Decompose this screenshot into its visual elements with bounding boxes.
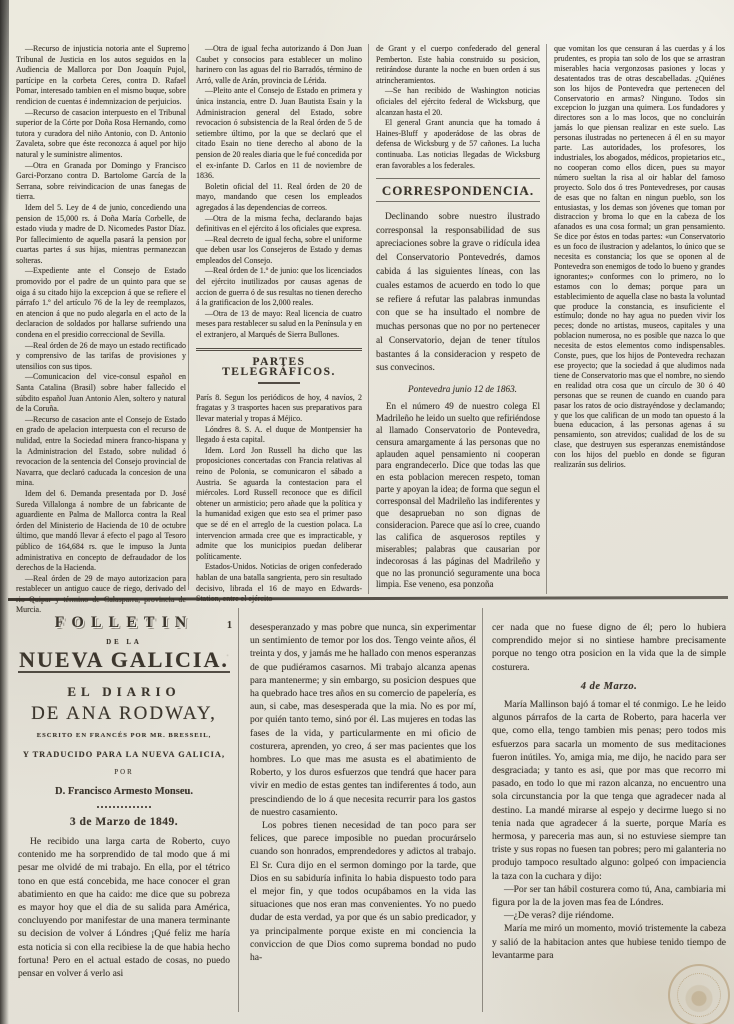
paragraph: —Expediente ante el Consejo de Estado pr…: [16, 266, 186, 340]
paragraph: —Recurso de casacion interpuesto en el T…: [16, 108, 186, 161]
heading-rule: [258, 382, 300, 384]
folletin-masthead-row: FOLLETIN 1: [18, 616, 230, 631]
paragraph: —Pleito ante el Consejo de Estado en pri…: [196, 86, 362, 181]
paragraph: Idem del 5. Ley de 4 de junio, concedien…: [16, 203, 186, 267]
paragraph: —Se han recibido de Washington noticias …: [376, 86, 540, 118]
paragraph: —Otra en Granada por Domingo y Francisco…: [16, 161, 186, 203]
paragraph: —Por ser tan hábil costurera como tú, An…: [492, 883, 726, 909]
telegraph-section-header: PARTES TELEGRÁFICOS.: [196, 348, 362, 384]
paragraph: —Otra de igual fecha autorizando á Don J…: [196, 44, 362, 86]
folletin-column-divider: [482, 608, 483, 1012]
paragraph: Lóndres 8. S. A. el duque de Montpensier…: [196, 425, 362, 446]
paragraph: cer nada que no fuese digno de él; pero …: [492, 621, 726, 674]
news-column-4: que vomitan los que censuran á las cuerd…: [554, 44, 725, 470]
byline-por: POR: [18, 766, 230, 779]
ornament-divider: [97, 806, 151, 808]
news-column-2: —Otra de igual fecha autorizando á Don J…: [196, 44, 362, 605]
heading-rule: [196, 348, 362, 351]
folletin-column-divider: [238, 608, 239, 1012]
telegraph-heading: PARTES TELEGRÁFICOS.: [196, 357, 362, 378]
heading-rule: [376, 201, 540, 202]
paragraph: —Comunicacion del vice-consul español en…: [16, 372, 186, 414]
paragraph: Boletin oficial del 11. Real órden de 20…: [196, 182, 362, 214]
folletin-header: FOLLETIN 1 DE LA NUEVA GALICIA. EL DIARI…: [18, 616, 230, 808]
work-title-line1: EL DIARIO: [18, 685, 230, 698]
translator-name: D. Francisco Armesto Monseu.: [18, 785, 230, 798]
paragraph: que vomitan los que censuran á las cuerd…: [554, 44, 725, 470]
stamp-inner-ring: [677, 973, 721, 1017]
news-column-1: —Recurso de injusticia notoria ante el S…: [16, 44, 186, 616]
correspondence-section-header: CORRESPONDENCIA.: [376, 178, 540, 202]
newspaper-page: —Recurso de injusticia notoria ante el S…: [0, 0, 734, 1024]
folletin-number: 1: [227, 619, 232, 632]
diary-date-heading: 4 de Marzo.: [492, 680, 726, 693]
paragraph: Estados-Unidos. Noticias de origen confe…: [196, 562, 362, 604]
paragraph-list: París 8. Segun los periódicos de hoy, 4 …: [196, 393, 362, 605]
paragraph-list: María Mallinson bajó á tomar el té conmi…: [492, 698, 726, 962]
news-column-3: de Grant y el cuerpo confederado del gen…: [376, 44, 540, 591]
paragraph: —Real órden de 1.º de junio: que los lic…: [196, 266, 362, 308]
column-divider: [188, 44, 189, 590]
paragraph: Idem del 6. Demanda presentada por D. Jo…: [16, 489, 186, 574]
folletin-column-1: FOLLETIN 1 DE LA NUEVA GALICIA. EL DIARI…: [18, 608, 230, 980]
paragraph: —Recurso de injusticia notoria ante el S…: [16, 44, 186, 108]
byline-translated: Y TRADUCIDO PARA LA NUEVA GALICIA,: [18, 748, 230, 761]
paragraph: —¿De veras? dije riéndome.: [492, 909, 726, 922]
paragraph: —Recurso de casacion ante el Consejo de …: [16, 415, 186, 489]
folletin-column-2: desesperanzado y mas pobre que nunca, si…: [250, 621, 476, 964]
newspaper-name: NUEVA GALICIA.: [18, 653, 230, 666]
paragraph-list: En el número 49 de nuestro colega El Mad…: [376, 401, 540, 592]
column-divider: [368, 44, 369, 594]
paragraph-list: que vomitan los que censuran á las cuerd…: [554, 44, 725, 470]
paragraph: —Otra de 13 de mayo: Real licencia de cu…: [196, 309, 362, 341]
heading-rule: [376, 178, 540, 179]
paragraph: —Real órden de 26 de mayo un estado rect…: [16, 341, 186, 373]
paragraph-list: —Otra de igual fecha autorizando á Don J…: [196, 44, 362, 341]
paragraph-list: desesperanzado y mas pobre que nunca, si…: [250, 621, 476, 964]
paragraph: Los pobres tienen necesidad de tan poco …: [250, 819, 476, 964]
column-divider: [546, 44, 547, 594]
circular-library-stamp-icon: [668, 964, 730, 1024]
work-title-line2: DE ANA RODWAY,: [18, 707, 230, 720]
paragraph: París 8. Segun los periódicos de hoy, 4 …: [196, 393, 362, 425]
paragraph: En el número 49 de nuestro colega El Mad…: [376, 401, 540, 592]
paragraph: Idem. Lord Jon Russell ha dicho que las …: [196, 446, 362, 563]
paragraph: desesperanzado y mas pobre que nunca, si…: [250, 621, 476, 819]
paragraph: El general Grant anuncia que ha tomado á…: [376, 118, 540, 171]
correspondence-heading: CORRESPONDENCIA.: [376, 186, 540, 197]
folletin-masthead: FOLLETIN: [55, 616, 194, 629]
paragraph: de Grant y el cuerpo confederado del gen…: [376, 44, 540, 86]
diary-date-heading: 3 de Marzo de 1849.: [18, 816, 230, 829]
paragraph: María me miró un momento, movió tristeme…: [492, 922, 726, 962]
paragraph: —Real decreto de igual fecha, sobre el u…: [196, 235, 362, 267]
correspondence-intro: Declinando sobre nuestro ilustrado corre…: [376, 211, 540, 377]
paragraph-list: de Grant y el cuerpo confederado del gen…: [376, 44, 540, 171]
binding-shadow: [0, 0, 9, 1024]
paragraph-list: He recibido una larga carta de Roberto, …: [18, 835, 230, 980]
correspondence-dateline: Pontevedra junio 12 de 1863.: [376, 384, 540, 395]
paragraph: He recibido una larga carta de Roberto, …: [18, 835, 230, 980]
folletin-column-3: cer nada que no fuese digno de él; pero …: [492, 621, 726, 962]
paragraph: —Otra de la misma fecha, declarando baja…: [196, 214, 362, 235]
paragraph: María Mallinson bajó á tomar el té conmi…: [492, 698, 726, 883]
paragraph-list: —Recurso de injusticia notoria ante el S…: [16, 44, 186, 616]
paragraph-list: cer nada que no fuese digno de él; pero …: [492, 621, 726, 674]
byline-written: ESCRITO EN FRANCÉS POR MR. BRESSEIL,: [18, 729, 230, 742]
